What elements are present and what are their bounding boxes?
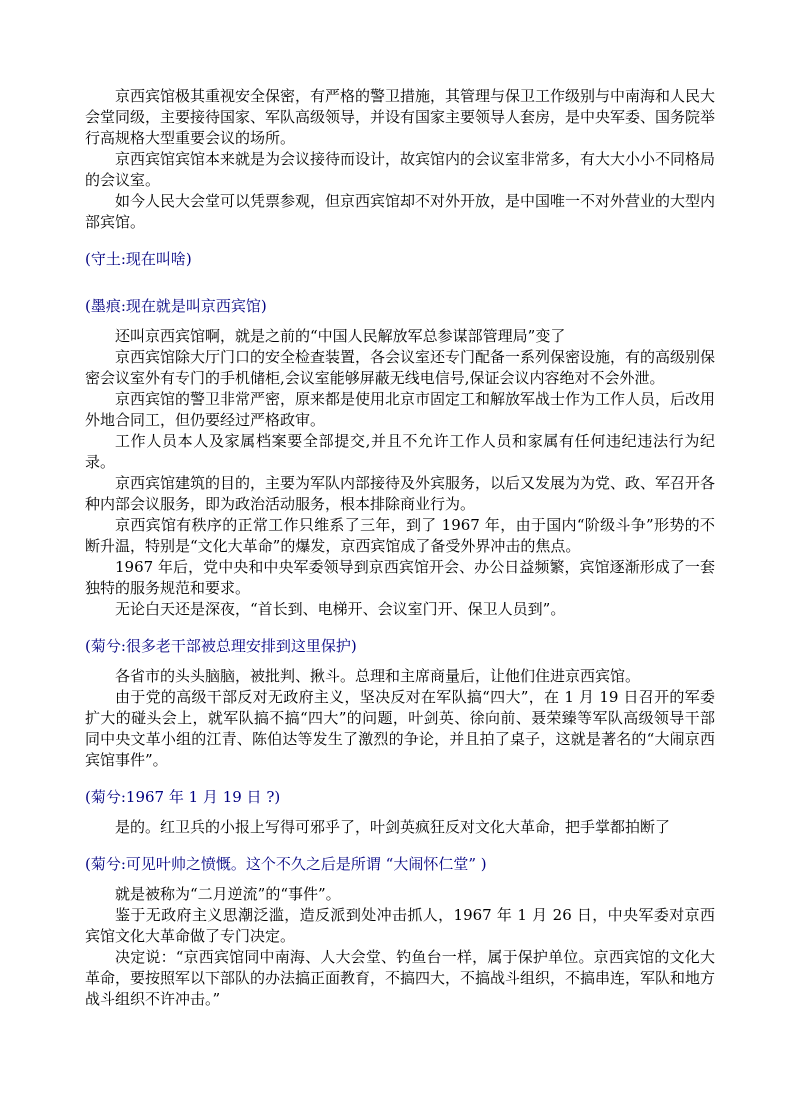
paragraph-meeting-rooms: 京西宾馆宾馆本来就是为会议接待而设计，故宾馆内的会议室非常多，有大大小小不同格局… <box>85 149 715 191</box>
paragraph-red-guards-report: 是的。红卫兵的小报上写得可邪乎了，叶剑英疯狂反对文化大革命，把手掌都拍断了 <box>85 817 715 838</box>
document-page: 京西宾馆极其重视安全保密，有严格的警卫措施，其管理与保卫工作级别与中南海和人民大… <box>0 0 800 1010</box>
paragraph-three-years: 京西宾馆有秩序的正常工作只维系了三年，到了 1967 年，由于国内“阶级斗争”形… <box>85 515 715 557</box>
paragraph-provincial-leaders: 各省市的头头脑脑，被批判、揪斗。总理和主席商量后，让他们住进京西宾馆。 <box>85 666 715 687</box>
paragraph-staff-records: 工作人员本人及家属档案要全部提交,并且不允许工作人员和家属有任何违纪违法行为纪录… <box>85 431 715 473</box>
speaker-note-juxi-date: (菊兮:1967 年 1 月 19 日 ?) <box>85 787 715 808</box>
paragraph-special-decision: 鉴于无政府主义思潮泛滥，造反派到处冲击抓人，1967 年 1 月 26 日，中央… <box>85 905 715 947</box>
paragraph-still-called: 还叫京西宾馆啊，就是之前的“中国人民解放军总参谋部管理局”变了 <box>85 326 715 347</box>
paragraph-building-purpose: 京西宾馆建筑的目的，主要为军队内部接待及外宾服务，以后又发展为为党、政、军召开各… <box>85 473 715 515</box>
speaker-note-mohen: (墨痕:现在就是叫京西宾馆) <box>85 296 715 317</box>
paragraph-decision-content: 决定说：“京西宾馆同中南海、人大会堂、钓鱼台一样，属于保护单位。京西宾馆的文化大… <box>85 947 715 1010</box>
paragraph-security-devices: 京西宾馆除大厅门口的安全检查装置，各会议室还专门配备一系列保密设施，有的高级别保… <box>85 347 715 389</box>
paragraph-day-and-night: 无论白天还是深夜，“首长到、电梯开、会议室门开、保卫人员到”。 <box>85 599 715 620</box>
paragraph-february-countercurrent: 就是被称为“二月逆流”的“事件”。 <box>85 884 715 905</box>
paragraph-after-1967: 1967 年后，党中央和中央军委领导到京西宾馆开会、办公日益频繁，宾馆逐渐形成了… <box>85 557 715 599</box>
paragraph-not-open-public: 如今人民大会堂可以凭票参观，但京西宾馆却不对外开放，是中国唯一不对外营业的大型内… <box>85 191 715 233</box>
speaker-note-shoutu: (守土:现在叫啥) <box>85 249 715 270</box>
paragraph-big-quarrel: 由于党的高级干部反对无政府主义，坚决反对在军队搞“四大”，在 1 月 19 日召… <box>85 687 715 771</box>
paragraph-guards: 京西宾馆的警卫非常严密，原来都是使用北京市固定工和解放军战士作为工作人员，后改用… <box>85 389 715 431</box>
paragraph-jingxi-security: 京西宾馆极其重视安全保密，有严格的警卫措施，其管理与保卫工作级别与中南海和人民大… <box>85 86 715 149</box>
speaker-note-juxi-protection: (菊兮:很多老干部被总理安排到这里保护) <box>85 636 715 657</box>
speaker-note-juxi-huairentang: (菊兮:可见叶帅之愤慨。这个不久之后是所谓 “大闹怀仁堂” ) <box>85 854 715 875</box>
